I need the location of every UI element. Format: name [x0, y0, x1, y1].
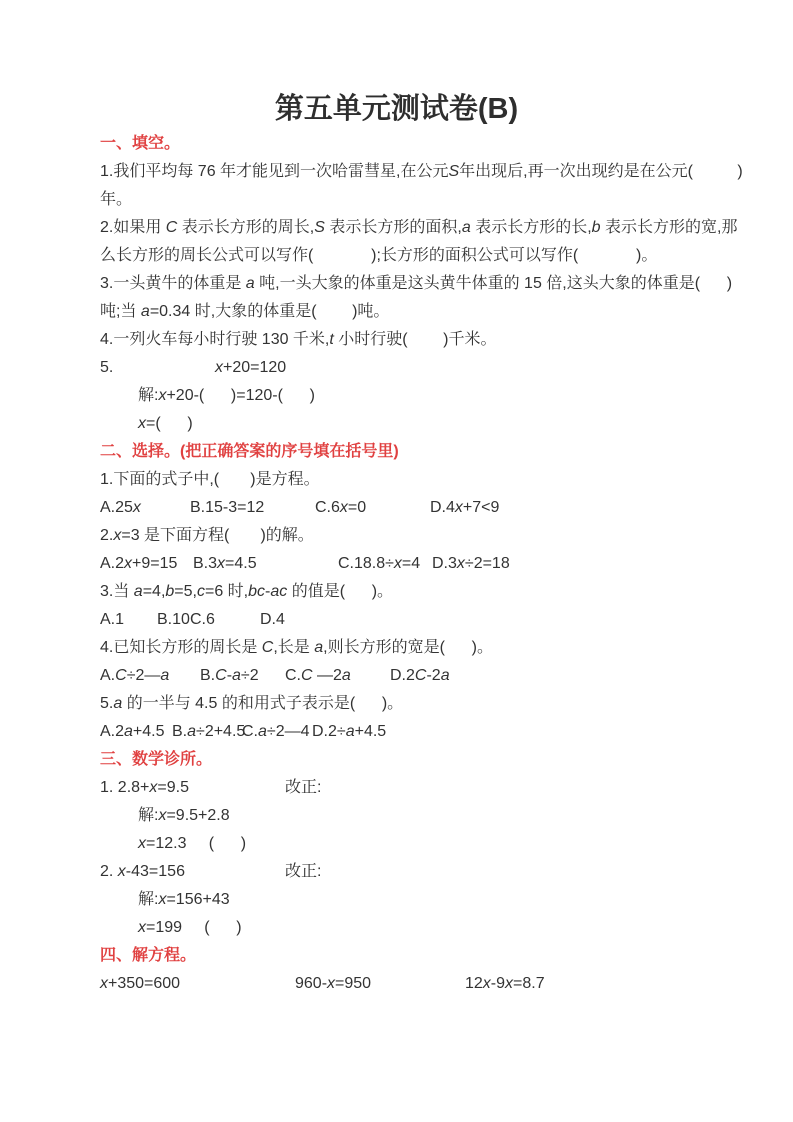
paper-content: 一、填空。 1.我们平均每 76 年才能见到一次哈雷彗星,在公元S年出现后,再一… — [0, 130, 793, 998]
choice-q1-option-b: B.15-3=12 — [190, 494, 264, 522]
section-1-heading: 一、填空。 — [100, 130, 733, 158]
choice-q1-option-d: D.4x+7<9 — [430, 494, 499, 522]
choice-q1-options: A.25x B.15-3=12 C.6x=0 D.4x+7<9 — [100, 494, 733, 522]
fill-q4: 4.一列火车每小时行驶 130 千米,t 小时行驶( )千米。 — [100, 326, 733, 354]
clinic-q1-judgement: x=12.3 ( ) — [100, 830, 733, 858]
fill-q5-equation-line: 5. x+20=120 — [100, 354, 733, 382]
choice-q2-option-a: A.2x+9=15 — [100, 550, 177, 578]
choice-q4-option-d: D.2C-2a — [390, 662, 450, 690]
clinic-q1-solution: 解:x=9.5+2.8 — [100, 802, 733, 830]
choice-q5-option-c: C.a÷2—4 — [242, 718, 309, 746]
fill-q5-equation: x+20=120 — [215, 354, 286, 382]
clinic-q1: 1. 2.8+x=9.5 改正: — [100, 774, 733, 802]
fill-q5-answer: x=( ) — [100, 410, 733, 438]
solve-equation-2: 960-x=950 — [295, 970, 371, 998]
fill-q2-line-2: 么长方形的周长公式可以写作( );长方形的面积公式可以写作( )。 — [100, 242, 733, 270]
clinic-q1-equation: 1. 2.8+x=9.5 — [100, 779, 189, 796]
fill-q2-line-1: 2.如果用 C 表示长方形的周长,S 表示长方形的面积,a 表示长方形的长,b … — [100, 214, 733, 242]
choice-q3-options: A.1 B.10 C.6 D.4 — [100, 606, 733, 634]
choice-q5-option-d: D.2÷a+4.5 — [312, 718, 386, 746]
solve-equation-3: 12x-9x=8.7 — [465, 970, 545, 998]
choice-q1-option-a: A.25x — [100, 494, 141, 522]
choice-q3-option-c: C.6 — [190, 606, 215, 634]
fill-q5-solution: 解:x+20-( )=120-( ) — [100, 382, 733, 410]
clinic-q1-correction-label: 改正: — [285, 774, 321, 802]
choice-q3-option-b: B.10 — [157, 606, 190, 634]
choice-q4-option-b: B.C-a÷2 — [200, 662, 259, 690]
choice-q3-option-a: A.1 — [100, 606, 124, 634]
section-4-heading: 四、解方程。 — [100, 942, 733, 970]
clinic-q2: 2. x-43=156 改正: — [100, 858, 733, 886]
choice-q4-options: A.C÷2—a B.C-a÷2 C.C —2a D.2C-2a — [100, 662, 733, 690]
choice-q3: 3.当 a=4,b=5,c=6 时,bc-ac 的值是( )。 — [100, 578, 733, 606]
clinic-q2-correction-label: 改正: — [285, 858, 321, 886]
choice-q2-options: A.2x+9=15 B.3x=4.5 C.18.8÷x=4 D.3x÷2=18 — [100, 550, 733, 578]
choice-q1: 1.下面的式子中,( )是方程。 — [100, 466, 733, 494]
fill-q1-line-1: 1.我们平均每 76 年才能见到一次哈雷彗星,在公元S年出现后,再一次出现约是在… — [100, 158, 733, 186]
clinic-q2-solution: 解:x=156+43 — [100, 886, 733, 914]
choice-q3-option-d: D.4 — [260, 606, 285, 634]
fill-q1-line-2: 年。 — [100, 186, 733, 214]
choice-q2-option-c: C.18.8÷x=4 — [338, 550, 420, 578]
fill-q3-line-1: 3.一头黄牛的体重是 a 吨,一头大象的体重是这头黄牛体重的 15 倍,这头大象… — [100, 270, 733, 298]
test-paper: 第五单元测试卷(B) 一、填空。 1.我们平均每 76 年才能见到一次哈雷彗星,… — [0, 0, 793, 998]
section-2-heading: 二、选择。(把正确答案的序号填在括号里) — [100, 438, 733, 466]
page-title: 第五单元测试卷(B) — [0, 0, 793, 130]
choice-q4: 4.已知长方形的周长是 C,长是 a,则长方形的宽是( )。 — [100, 634, 733, 662]
fill-q5-number: 5. — [100, 359, 113, 376]
choice-q2-option-d: D.3x÷2=18 — [432, 550, 510, 578]
choice-q2: 2.x=3 是下面方程( )的解。 — [100, 522, 733, 550]
clinic-q2-equation: 2. x-43=156 — [100, 863, 185, 880]
choice-q4-option-a: A.C÷2—a — [100, 662, 169, 690]
choice-q1-option-c: C.6x=0 — [315, 494, 366, 522]
choice-q5-option-a: A.2a+4.5 — [100, 718, 165, 746]
fill-q3-line-2: 吨;当 a=0.34 时,大象的体重是( )吨。 — [100, 298, 733, 326]
choice-q5-options: A.2a+4.5 B.a÷2+4.5 C.a÷2—4 D.2÷a+4.5 — [100, 718, 733, 746]
section-3-heading: 三、数学诊所。 — [100, 746, 733, 774]
solve-equations-row: x+350=600 960-x=950 12x-9x=8.7 — [100, 970, 733, 998]
clinic-q2-judgement: x=199 ( ) — [100, 914, 733, 942]
solve-equation-1: x+350=600 — [100, 970, 180, 998]
choice-q2-option-b: B.3x=4.5 — [193, 550, 257, 578]
choice-q5: 5.a 的一半与 4.5 的和用式子表示是( )。 — [100, 690, 733, 718]
choice-q5-option-b: B.a÷2+4.5 — [172, 718, 245, 746]
choice-q4-option-c: C.C —2a — [285, 662, 351, 690]
